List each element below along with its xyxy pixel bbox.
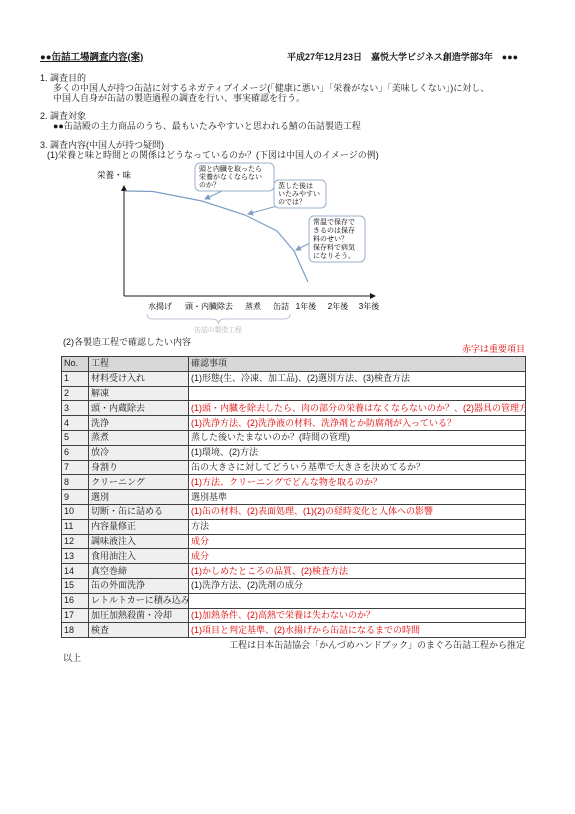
table-row: 7身割り缶の大きさに対してどういう基準で大きさを決めてるか？: [62, 460, 526, 475]
x-label-2nengo: 2年後: [328, 301, 349, 311]
row-process: 選別: [89, 490, 189, 505]
row-items: [189, 386, 526, 401]
row-items: (1)洗浄方法、(2)洗浄液の材料、洗浄剤とか防腐剤が入っている？: [189, 416, 526, 431]
row-items: (1)加熱条件、(2)高熱で栄養は失わないのか？: [189, 608, 526, 623]
row-items: 方法: [189, 519, 526, 534]
source-note: 工程は日本缶詰協会「かんづめハンドブック」のまぐろ缶詰工程から推定: [229, 640, 525, 650]
row-process: 検査: [89, 623, 189, 638]
table-row: 14真空巻締(1)かしめたところの品質、(2)検査方法: [62, 564, 526, 579]
row-items: (1)項目と判定基準、(2)水揚げから缶詰になるまでの時間: [189, 623, 526, 638]
row-no: 10: [62, 504, 89, 519]
table-row: 6放冷(1)環境、(2)方法: [62, 445, 526, 460]
row-process: クリーニング: [89, 475, 189, 490]
row-no: 8: [62, 475, 89, 490]
date-author-line: 平成27年12月23日 嘉悦大学ビジネス創造学部3年 ●●●: [287, 50, 518, 63]
row-items: (1)かしめたところの品質、(2)検査方法: [189, 564, 526, 579]
section1-line1: 多くの中国人が持つ缶詰に対するネガティブイメージ(「健康に悪い」「栄養がない」「…: [53, 83, 489, 93]
row-no: 11: [62, 519, 89, 534]
row-no: 6: [62, 445, 89, 460]
callout2-arrow: [248, 206, 277, 214]
callout3-arrow: [296, 243, 310, 250]
row-process: 洗浄: [89, 416, 189, 431]
row-no: 15: [62, 578, 89, 593]
row-process: 材料受け入れ: [89, 371, 189, 386]
x-label-joshya: 蒸煮: [245, 301, 261, 311]
row-process: 切断・缶に詰める: [89, 504, 189, 519]
table-row: 9選別選別基準: [62, 490, 526, 505]
table-row: 13食用油注入成分: [62, 549, 526, 564]
row-items: (1)缶の材料、(2)表面処理、(1)(2)の経時変化と人体への影響: [189, 504, 526, 519]
row-items: [189, 593, 526, 608]
row-process: 缶の外面洗浄: [89, 578, 189, 593]
row-no: 13: [62, 549, 89, 564]
row-no: 9: [62, 490, 89, 505]
table-row: 5蒸煮蒸した後いたまないのか？(時間の管理): [62, 430, 526, 445]
row-items: (1)洗浄方法、(2)洗剤の成分: [189, 578, 526, 593]
row-process: 食用油注入: [89, 549, 189, 564]
row-process: 内容量修正: [89, 519, 189, 534]
table-row: 11内容量修正方法: [62, 519, 526, 534]
row-no: 7: [62, 460, 89, 475]
row-process: 頭・内蔵除去: [89, 401, 189, 416]
row-process: 放冷: [89, 445, 189, 460]
table-row: 12調味液注入成分: [62, 534, 526, 549]
x-label-3nengo: 3年後: [359, 301, 380, 311]
table-row: 4洗浄(1)洗浄方法、(2)洗浄液の材料、洗浄剤とか防腐剤が入っている？: [62, 416, 526, 431]
row-process: レトルトカーに積み込み: [89, 593, 189, 608]
header-no: No.: [62, 357, 89, 372]
nutrition-taste-chart: 栄養・味 頭と内臓を取ったら栄養がなくならないのか？ 蒸した後はいたみやすいので…: [82, 158, 402, 336]
table-row: 16レトルトカーに積み込み: [62, 593, 526, 608]
x-label-atama: 頭・内臓除去: [185, 301, 233, 311]
document-page: ●●缶詰工場調査内容(案) 平成27年12月23日 嘉悦大学ビジネス創造学部3年…: [0, 0, 575, 814]
row-items: (1)方法、クリーニングでどんな物を取るのか？: [189, 475, 526, 490]
callout1-arrow: [205, 191, 222, 199]
section2-line1: ●●缶詰殿の主力商品のうち、最もいたみやすいと思われる鯖の缶詰製造工程: [53, 121, 361, 131]
table-row: 2解凍: [62, 386, 526, 401]
closing-text: 以上: [63, 653, 81, 663]
section1-heading: 1. 調査目的: [40, 73, 86, 83]
row-no: 17: [62, 608, 89, 623]
row-no: 3: [62, 401, 89, 416]
red-items-note: 赤字は重要項目: [462, 344, 525, 354]
table-row: 8クリーニング(1)方法、クリーニングでどんな物を取るのか？: [62, 475, 526, 490]
row-items: (1)形態(生、冷凍、加工品)、(2)選別方法、(3)検査方法: [189, 371, 526, 386]
section3-heading: 3. 調査内容(中国人が持つ疑問): [40, 140, 164, 150]
table-row: 15缶の外面洗浄(1)洗浄方法、(2)洗剤の成分: [62, 578, 526, 593]
row-process: 加圧加熱殺菌・冷却: [89, 608, 189, 623]
table-header-row: No. 工程 確認事項: [62, 357, 526, 372]
header-items: 確認事項: [189, 357, 526, 372]
process-table: No. 工程 確認事項 1材料受け入れ(1)形態(生、冷凍、加工品)、(2)選別…: [61, 356, 526, 638]
row-items: 成分: [189, 549, 526, 564]
row-items: (1)頭・内臓を除去したら、肉の部分の栄養はなくならないのか？、(2)器具の管理…: [189, 401, 526, 416]
row-process: 真空巻締: [89, 564, 189, 579]
process-table-body: 1材料受け入れ(1)形態(生、冷凍、加工品)、(2)選別方法、(3)検査方法2解…: [62, 371, 526, 637]
row-items: 缶の大きさに対してどういう基準で大きさを決めてるか？: [189, 460, 526, 475]
table-row: 1材料受け入れ(1)形態(生、冷凍、加工品)、(2)選別方法、(3)検査方法: [62, 371, 526, 386]
x-label-mizuage: 水揚げ: [148, 301, 172, 311]
x-label-1nengo: 1年後: [296, 301, 317, 311]
header-process: 工程: [89, 357, 189, 372]
table-row: 10切断・缶に詰める(1)缶の材料、(2)表面処理、(1)(2)の経時変化と人体…: [62, 504, 526, 519]
row-process: 蒸煮: [89, 430, 189, 445]
section2-heading: 2. 調査対象: [40, 111, 86, 121]
page-title: ●●缶詰工場調査内容(案): [40, 49, 143, 63]
row-process: 解凍: [89, 386, 189, 401]
row-items: (1)環境、(2)方法: [189, 445, 526, 460]
section3-question2: (2)各製造工程で確認したい内容: [63, 337, 191, 347]
table-row: 3頭・内蔵除去(1)頭・内臓を除去したら、肉の部分の栄養はなくならないのか？、(…: [62, 401, 526, 416]
row-items: 選別基準: [189, 490, 526, 505]
y-axis-label: 栄養・味: [97, 170, 132, 180]
row-no: 2: [62, 386, 89, 401]
row-no: 1: [62, 371, 89, 386]
row-items: 成分: [189, 534, 526, 549]
row-no: 18: [62, 623, 89, 638]
row-no: 12: [62, 534, 89, 549]
manufacturing-brace: [147, 314, 290, 324]
x-label-kanzume: 缶詰: [273, 301, 289, 311]
row-no: 14: [62, 564, 89, 579]
row-no: 5: [62, 430, 89, 445]
row-no: 4: [62, 416, 89, 431]
row-process: 調味液注入: [89, 534, 189, 549]
row-items: 蒸した後いたまないのか？(時間の管理): [189, 430, 526, 445]
row-process: 身割り: [89, 460, 189, 475]
table-row: 18検査(1)項目と判定基準、(2)水揚げから缶詰になるまでの時間: [62, 623, 526, 638]
table-row: 17加圧加熱殺菌・冷却(1)加熱条件、(2)高熱で栄養は失わないのか？: [62, 608, 526, 623]
section1-line2: 中国人自身が缶詰の製造過程の調査を行い、事実確認を行う。: [53, 93, 305, 103]
row-no: 16: [62, 593, 89, 608]
brace-label: 缶詰の製造工程: [194, 325, 242, 334]
